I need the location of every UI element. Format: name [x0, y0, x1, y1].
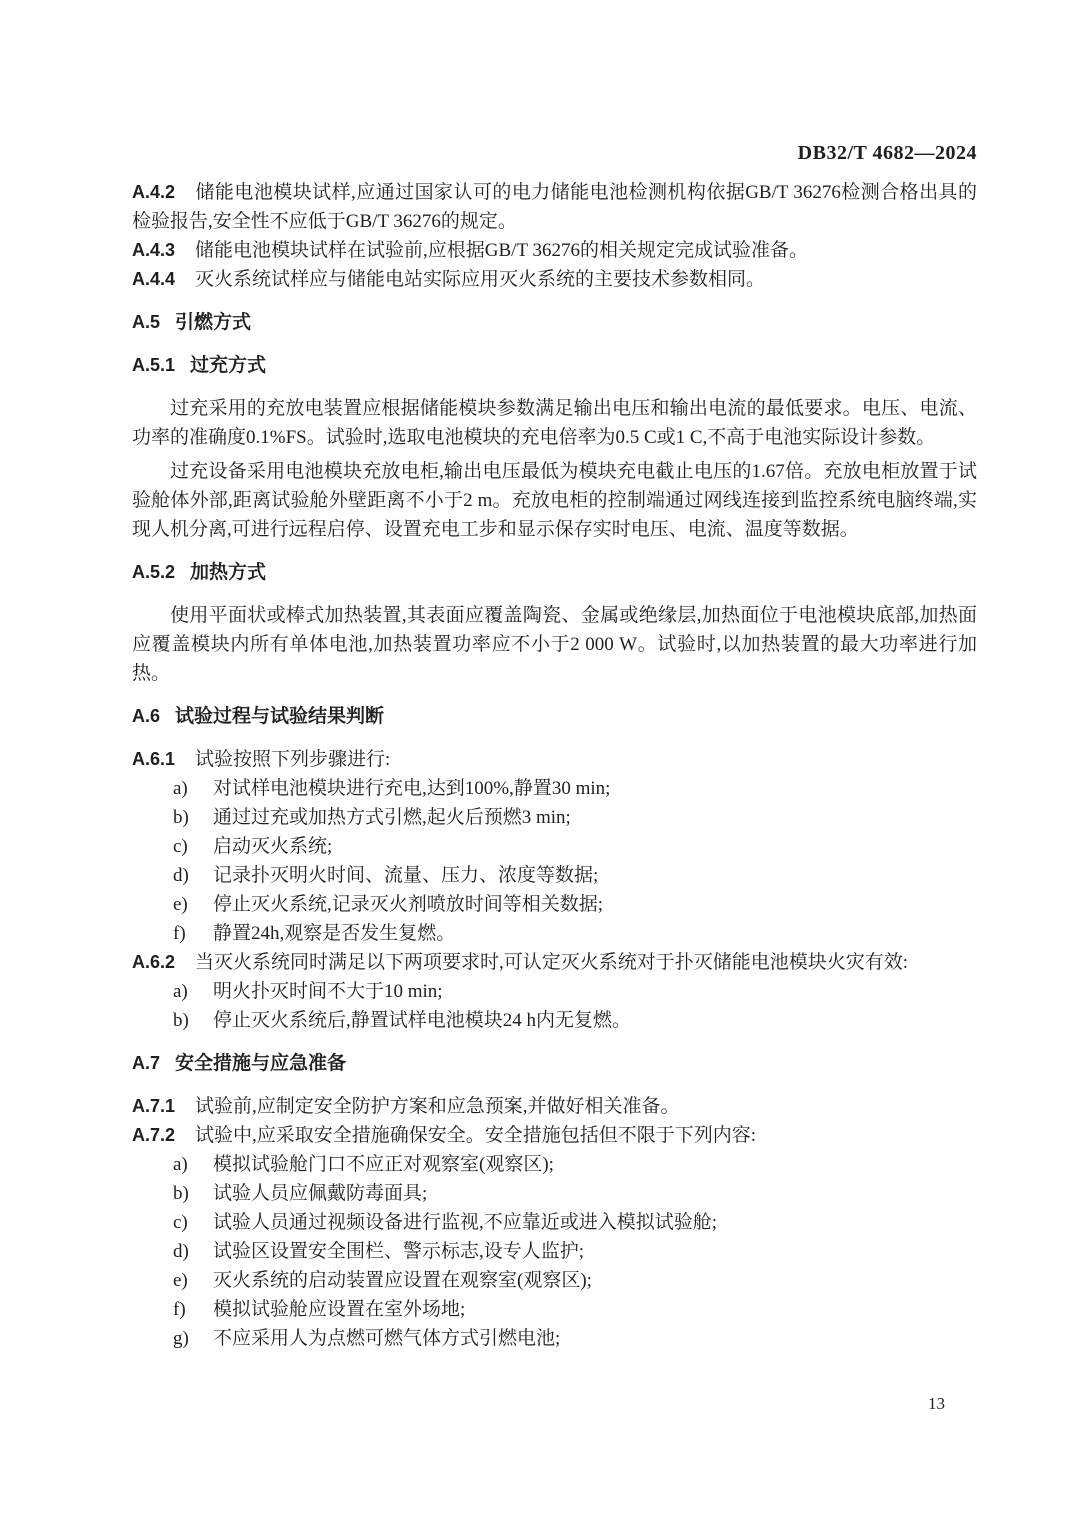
clause-a4-4: A.4.4灭火系统试样应与储能电站实际应用灭火系统的主要技术参数相同。 [132, 265, 977, 294]
list-marker: e) [173, 890, 213, 919]
heading-text: 加热方式 [190, 562, 266, 583]
list-item: f)静置24h,观察是否发生复燃。 [173, 919, 977, 948]
paragraph-heating-device: 使用平面状或棒式加热装置,其表面应覆盖陶瓷、金属或绝缘层,加热面位于电池模块底部… [132, 601, 977, 688]
section-heading-a5-1: A.5.1过充方式 [132, 351, 977, 380]
heading-number: A.6 [132, 706, 160, 726]
list-item: d)试验区设置安全围栏、警示标志,设专人监护; [173, 1237, 977, 1266]
list-marker: e) [173, 1266, 213, 1295]
list-marker: b) [173, 1179, 213, 1208]
list-marker: c) [173, 832, 213, 861]
heading-number: A.5 [132, 312, 160, 332]
list-item: e)灭火系统的启动装置应设置在观察室(观察区); [173, 1266, 977, 1295]
list-marker: d) [173, 1237, 213, 1266]
paragraph-overcharge-device: 过充采用的充放电装置应根据储能模块参数满足输出电压和输出电流的最低要求。电压、电… [132, 394, 977, 452]
list-item-text: 对试样电池模块进行充电,达到100%,静置30 min; [213, 774, 977, 803]
section-heading-a5-2: A.5.2加热方式 [132, 558, 977, 587]
section-heading-a6: A.6试验过程与试验结果判断 [132, 702, 977, 731]
list-marker: a) [173, 774, 213, 803]
page-number: 13 [0, 1394, 945, 1414]
heading-text: 过充方式 [190, 355, 266, 376]
list-item-text: 试验人员应佩戴防毒面具; [213, 1179, 977, 1208]
list-marker: g) [173, 1324, 213, 1353]
heading-text: 试验过程与试验结果判断 [175, 706, 384, 727]
list-item: f)模拟试验舱应设置在室外场地; [173, 1295, 977, 1324]
clause-a7-2: A.7.2试验中,应采取安全措施确保安全。安全措施包括但不限于下列内容: [132, 1121, 977, 1150]
paragraph-overcharge-cabinet: 过充设备采用电池模块充放电柜,输出电压最低为模块充电截止电压的1.67倍。充放电… [132, 457, 977, 544]
clause-number: A.7.2 [132, 1125, 175, 1145]
list-marker: c) [173, 1208, 213, 1237]
list-item: e)停止灭火系统,记录灭火剂喷放时间等相关数据; [173, 890, 977, 919]
list-item-text: 试验人员通过视频设备进行监视,不应靠近或进入模拟试验舱; [213, 1208, 977, 1237]
list-item: a)明火扑灭时间不大于10 min; [173, 977, 977, 1006]
clause-number: A.6.1 [132, 749, 175, 769]
section-heading-a5: A.5引燃方式 [132, 308, 977, 337]
list-item-text: 启动灭火系统; [213, 832, 977, 861]
list-item-text: 试验区设置安全围栏、警示标志,设专人监护; [213, 1237, 977, 1266]
section-heading-a7: A.7安全措施与应急准备 [132, 1049, 977, 1078]
list-marker: d) [173, 861, 213, 890]
list-marker: b) [173, 803, 213, 832]
list-item: g)不应采用人为点燃可燃气体方式引燃电池; [173, 1324, 977, 1353]
list-item-text: 明火扑灭时间不大于10 min; [213, 977, 977, 1006]
list-item: b)通过过充或加热方式引燃,起火后预燃3 min; [173, 803, 977, 832]
clause-a7-1: A.7.1试验前,应制定安全防护方案和应急预案,并做好相关准备。 [132, 1092, 977, 1121]
document-page: DB32/T 4682—2024 A.4.2储能电池模块试样,应通过国家认可的电… [0, 0, 1080, 1515]
list-item-text: 通过过充或加热方式引燃,起火后预燃3 min; [213, 803, 977, 832]
clause-text: 储能电池模块试样,应通过国家认可的电力储能电池检测机构依据GB/T 36276检… [132, 182, 977, 232]
clause-a6-1: A.6.1试验按照下列步骤进行: [132, 745, 977, 774]
list-item-text: 停止灭火系统,记录灭火剂喷放时间等相关数据; [213, 890, 977, 919]
list-item-text: 不应采用人为点燃可燃气体方式引燃电池; [213, 1324, 977, 1353]
standard-number: DB32/T 4682—2024 [798, 142, 977, 164]
document-body: A.4.2储能电池模块试样,应通过国家认可的电力储能电池检测机构依据GB/T 3… [132, 178, 977, 1353]
test-steps-list: a)对试样电池模块进行充电,达到100%,静置30 min; b)通过过充或加热… [132, 774, 977, 948]
clause-number: A.4.3 [132, 240, 175, 260]
clause-number: A.6.2 [132, 952, 175, 972]
clause-number: A.4.2 [132, 182, 175, 202]
list-item-text: 模拟试验舱应设置在室外场地; [213, 1295, 977, 1324]
list-item: a)对试样电池模块进行充电,达到100%,静置30 min; [173, 774, 977, 803]
list-item-text: 模拟试验舱门口不应正对观察室(观察区); [213, 1150, 977, 1179]
clause-a6-2: A.6.2当灭火系统同时满足以下两项要求时,可认定灭火系统对于扑灭储能电池模块火… [132, 948, 977, 977]
list-marker: a) [173, 977, 213, 1006]
heading-number: A.5.1 [132, 355, 175, 375]
clause-number: A.4.4 [132, 269, 175, 289]
clause-text: 灭火系统试样应与储能电站实际应用灭火系统的主要技术参数相同。 [195, 269, 765, 290]
clause-text: 试验前,应制定安全防护方案和应急预案,并做好相关准备。 [195, 1096, 680, 1117]
heading-text: 安全措施与应急准备 [175, 1053, 346, 1074]
heading-text: 引燃方式 [175, 312, 251, 333]
clause-number: A.7.1 [132, 1096, 175, 1116]
list-item: b)停止灭火系统后,静置试样电池模块24 h内无复燃。 [173, 1006, 977, 1035]
list-item-text: 静置24h,观察是否发生复燃。 [213, 919, 977, 948]
list-item-text: 灭火系统的启动装置应设置在观察室(观察区); [213, 1266, 977, 1295]
list-item: a)模拟试验舱门口不应正对观察室(观察区); [173, 1150, 977, 1179]
effectiveness-criteria-list: a)明火扑灭时间不大于10 min; b)停止灭火系统后,静置试样电池模块24 … [132, 977, 977, 1035]
list-item: b)试验人员应佩戴防毒面具; [173, 1179, 977, 1208]
list-item: d)记录扑灭明火时间、流量、压力、浓度等数据; [173, 861, 977, 890]
running-header: DB32/T 4682—2024 [132, 140, 977, 166]
safety-measures-list: a)模拟试验舱门口不应正对观察室(观察区); b)试验人员应佩戴防毒面具; c)… [132, 1150, 977, 1353]
clause-a4-3: A.4.3储能电池模块试样在试验前,应根据GB/T 36276的相关规定完成试验… [132, 236, 977, 265]
list-item-text: 记录扑灭明火时间、流量、压力、浓度等数据; [213, 861, 977, 890]
heading-number: A.7 [132, 1053, 160, 1073]
clause-text: 试验中,应采取安全措施确保安全。安全措施包括但不限于下列内容: [195, 1125, 756, 1146]
clause-text: 储能电池模块试样在试验前,应根据GB/T 36276的相关规定完成试验准备。 [195, 240, 808, 261]
list-item: c)试验人员通过视频设备进行监视,不应靠近或进入模拟试验舱; [173, 1208, 977, 1237]
list-marker: a) [173, 1150, 213, 1179]
list-item: c)启动灭火系统; [173, 832, 977, 861]
heading-number: A.5.2 [132, 562, 175, 582]
list-marker: b) [173, 1006, 213, 1035]
clause-text: 当灭火系统同时满足以下两项要求时,可认定灭火系统对于扑灭储能电池模块火灾有效: [195, 952, 908, 973]
list-marker: f) [173, 919, 213, 948]
clause-text: 试验按照下列步骤进行: [195, 749, 390, 770]
list-item-text: 停止灭火系统后,静置试样电池模块24 h内无复燃。 [213, 1006, 977, 1035]
list-marker: f) [173, 1295, 213, 1324]
clause-a4-2: A.4.2储能电池模块试样,应通过国家认可的电力储能电池检测机构依据GB/T 3… [132, 178, 977, 236]
